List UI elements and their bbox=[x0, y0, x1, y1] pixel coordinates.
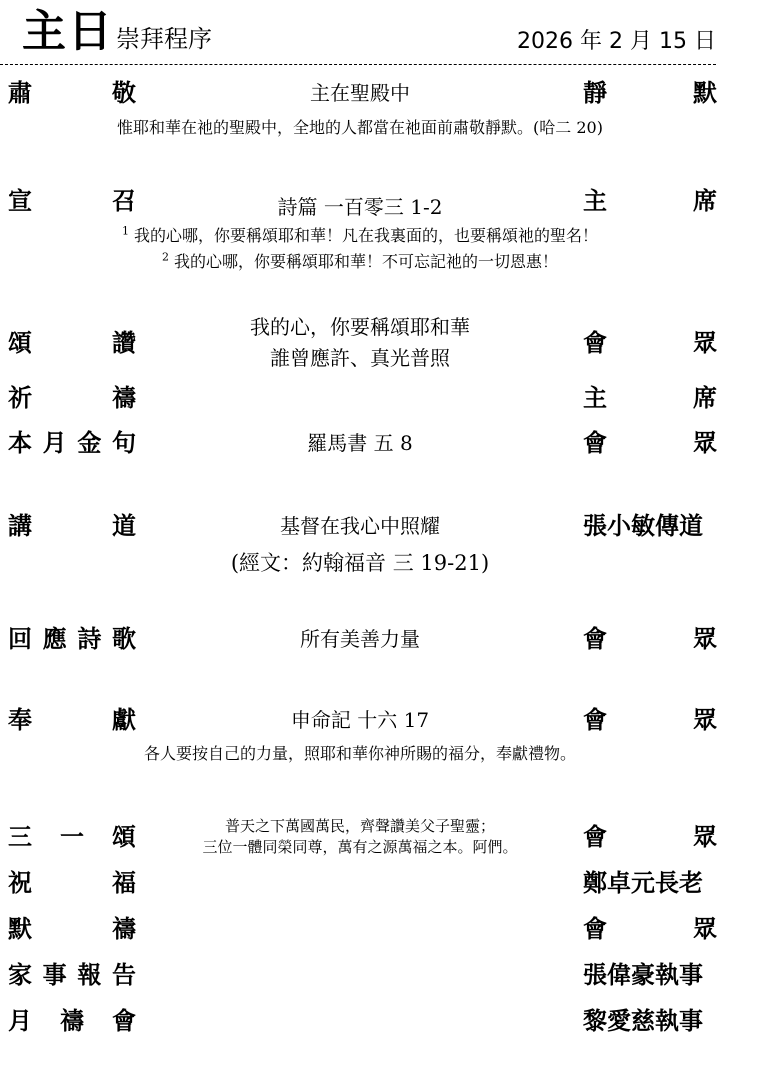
item-label: 祝 福 bbox=[8, 868, 136, 898]
item-label: 家 事 報 告 bbox=[8, 960, 136, 990]
service-date: 2026 年 2 月 15 日 bbox=[517, 28, 716, 56]
item-label: 祈 禱 bbox=[8, 383, 136, 413]
item-label: 講 道 bbox=[8, 511, 136, 541]
item-leader: 會 眾 bbox=[583, 705, 717, 735]
verse-line: 1 我的心哪，你要稱頌耶和華！凡在我裏面的，也要稱頌祂的聖名！ bbox=[0, 224, 720, 248]
verse-text: 我的心哪，你要稱頌耶和華！凡在我裏面的，也要稱頌祂的聖名！ bbox=[134, 226, 598, 245]
header: 主日 崇拜程序 2026 年 2 月 15 日 bbox=[0, 0, 766, 68]
item-label: 宣 召 bbox=[8, 186, 136, 216]
item-leader: 黎愛慈執事 bbox=[583, 1006, 717, 1036]
verse-number: 2 bbox=[162, 251, 169, 264]
item-leader: 會 眾 bbox=[583, 822, 717, 852]
item-label: 肅 敬 bbox=[8, 78, 136, 108]
doxology-line: 三位一體同榮同尊，萬有之源萬福之本。阿們。 bbox=[140, 837, 580, 858]
title-main: 主日 bbox=[22, 6, 114, 58]
item-label: 默 禱 bbox=[8, 914, 136, 944]
sermon-scripture: (經文：約翰福音 三 19-21) bbox=[150, 548, 570, 578]
verse-line: 2 我的心哪，你要稱頌耶和華！不可忘記祂的一切恩惠！ bbox=[0, 250, 720, 274]
verse-number: 1 bbox=[122, 225, 129, 238]
item-leader: 主 席 bbox=[583, 383, 717, 413]
item-content: 詩篇 一百零三 1-2 bbox=[150, 192, 570, 222]
item-leader: 會 眾 bbox=[583, 328, 717, 358]
item-leader: 張偉豪執事 bbox=[583, 960, 717, 990]
title-sub: 崇拜程序 bbox=[116, 24, 212, 54]
sermon-title: 基督在我心中照耀 bbox=[150, 511, 570, 541]
item-label: 奉 獻 bbox=[8, 705, 136, 735]
hymn-line: 誰曾應許、真光普照 bbox=[150, 343, 570, 373]
item-content: 所有美善力量 bbox=[150, 624, 570, 654]
item-leader: 主 席 bbox=[583, 186, 717, 216]
item-leader: 靜 默 bbox=[583, 78, 717, 108]
doxology-line: 普天之下萬國萬民，齊聲讚美父子聖靈； bbox=[150, 816, 570, 837]
scripture-note: 各人要按自己的力量，照耶和華你神所賜的福分，奉獻禮物。 bbox=[0, 742, 720, 766]
item-label: 本 月 金 句 bbox=[8, 428, 136, 458]
item-label: 三 一 頌 bbox=[8, 822, 136, 852]
item-content: 羅馬書 五 8 bbox=[150, 428, 570, 458]
item-leader: 鄭卓元長老 bbox=[583, 868, 717, 898]
item-leader: 會 眾 bbox=[583, 624, 717, 654]
item-leader: 會 眾 bbox=[583, 428, 717, 458]
verse-text: 我的心哪，你要稱頌耶和華！不可忘記祂的一切恩惠！ bbox=[174, 252, 558, 271]
item-leader: 張小敏傳道 bbox=[583, 511, 717, 541]
scripture-note: 惟耶和華在祂的聖殿中，全地的人都當在祂面前肅敬靜默。(哈二 20) bbox=[0, 116, 720, 140]
item-label: 回 應 詩 歌 bbox=[8, 624, 136, 654]
item-content: 主在聖殿中 bbox=[150, 78, 570, 108]
hymn-line: 我的心，你要稱頌耶和華 bbox=[150, 312, 570, 342]
item-label: 頌 讚 bbox=[8, 328, 136, 358]
item-content: 申命記 十六 17 bbox=[150, 705, 570, 735]
item-leader: 會 眾 bbox=[583, 914, 717, 944]
item-label: 月 禱 會 bbox=[8, 1006, 136, 1036]
header-divider bbox=[0, 64, 716, 65]
